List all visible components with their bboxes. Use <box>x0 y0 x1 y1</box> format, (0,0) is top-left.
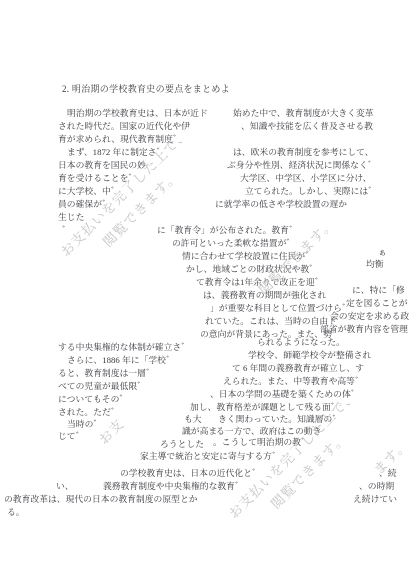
text-fragment: 家主導で統治と安定に寄与する方゛ <box>140 449 281 462</box>
text-fragment: ぶ身分や性別、経済状況に関係なく゛ <box>227 158 377 171</box>
text-fragment: に、特に「修 <box>352 283 405 296</box>
text-fragment: られるようになった。 <box>257 335 345 348</box>
text-fragment: る。 <box>7 505 25 518</box>
text-fragment: 識が高ま <box>182 424 217 437</box>
text-fragment: じて゛ <box>58 429 84 442</box>
text-fragment: の教育改革は、現代の日本の教育制度の原型とか <box>4 492 198 505</box>
text-fragment: 義務教育制度や中央集権的な教育゛ <box>103 479 244 492</box>
text-fragment: ると、教育制度は一層゛ <box>58 366 155 379</box>
text-fragment: に就学率の低さや学校設置の遅か <box>215 197 347 210</box>
text-fragment: て 6 年間の義務教育が確立し、す <box>232 361 364 374</box>
text-fragment: え続けてい <box>353 492 397 505</box>
document-page: 2. 明治期の学校教育史の要点をまとめよ 明治期の学校教育史は、日本が近ド始めた… <box>0 0 410 580</box>
text-fragment: れていた。これは、当時の自由ド <box>205 314 337 327</box>
text-fragment: 、の時期 <box>359 479 394 492</box>
text-fragment: 定を図ることが <box>346 296 408 309</box>
document-title: 2. 明治期の学校教育史の要点をまとめよ <box>62 82 230 95</box>
text-fragment: べての児童が最低限゛ <box>58 379 146 392</box>
text-fragment: 均衡 <box>366 257 384 270</box>
text-fragment: 大学区、中学区、小学区に分け、 <box>240 171 372 184</box>
text-fragment: 会の安定を求める政 <box>330 309 409 322</box>
text-fragment: 明治期の学校教育史は、日本が近ド <box>67 106 208 119</box>
paywall-watermark: ます。 <box>368 434 410 480</box>
text-fragment: えられた。また、中等教育や高等゛ <box>223 374 364 387</box>
text-fragment: 立てられた。しかし、実際には゛ <box>245 184 377 197</box>
text-fragment: の許可といった柔軟な措置が゛ <box>172 236 295 249</box>
text-fragment: 学校令、師範学校令が整備され <box>248 348 371 361</box>
text-fragment: する中央集権的な体制が確立さ゛ <box>58 340 190 353</box>
text-fragment: 、知識や技能を広く普及させる教 <box>241 119 373 132</box>
text-fragment: は、欧米の教育制度を参考にして、 <box>233 145 374 158</box>
text-fragment: の学校教育史は、日本の近代化と゛ <box>120 466 261 479</box>
text-fragment: 始めた中で、教育制度が大きく変革 <box>233 106 374 119</box>
text-fragment: さらに、1886 年に「学校゛ <box>67 353 175 366</box>
text-fragment: い、 <box>56 479 74 492</box>
text-fragment: についてもその゛ <box>58 392 128 405</box>
watermark-line: ます。 <box>368 434 410 480</box>
text-fragment: に「教育令」が公布された。教育゛ <box>157 223 298 236</box>
